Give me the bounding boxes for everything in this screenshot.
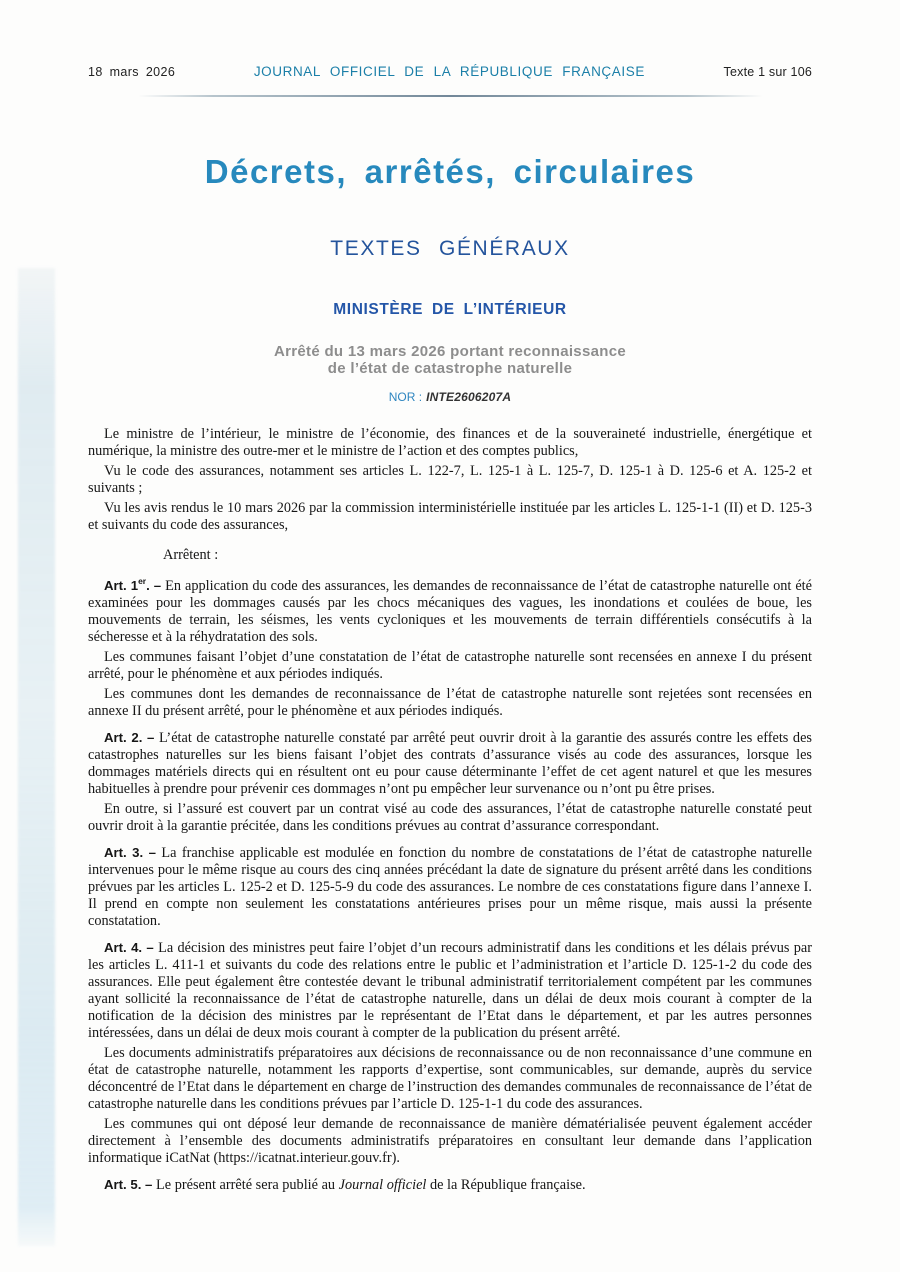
- article-2-text: L’état de catastrophe naturelle constaté…: [88, 730, 812, 797]
- arrete-title-line1: Arrêté du 13 mars 2026 portant reconnais…: [88, 343, 812, 360]
- arretent-line: Arrêtent :: [163, 547, 812, 564]
- article-1-paragraph-2: Les communes faisant l’objet d’une const…: [88, 649, 812, 683]
- section-title: TEXTES GÉNÉRAUX: [88, 237, 812, 261]
- article-3-paragraph-1: Art. 3. – La franchise applicable est mo…: [88, 844, 812, 930]
- nor-value: INTE2606207A: [426, 390, 511, 404]
- page-content: 18 mars 2026 JOURNAL OFFICIEL DE LA RÉPU…: [0, 0, 900, 1194]
- header-journal-title: JOURNAL OFFICIEL DE LA RÉPUBLIQUE FRANÇA…: [254, 64, 645, 79]
- article-1-label-superscript: er: [138, 576, 146, 586]
- document-body: Le ministre de l’intérieur, le ministre …: [88, 426, 812, 1194]
- article-4-paragraph-3: Les communes qui ont déposé leur demande…: [88, 1116, 812, 1167]
- article-2-paragraph-2: En outre, si l’assuré est couvert par un…: [88, 801, 812, 835]
- document-title: Décrets, arrêtés, circulaires: [88, 153, 812, 191]
- header-page-ref: Texte 1 sur 106: [724, 65, 812, 79]
- preamble-paragraph-2: Vu le code des assurances, notamment ses…: [88, 463, 812, 497]
- article-4-text: La décision des ministres peut faire l’o…: [88, 940, 812, 1041]
- header-date: 18 mars 2026: [88, 65, 175, 79]
- article-4-label: Art. 4. –: [104, 940, 158, 955]
- nor-label: NOR :: [389, 390, 422, 404]
- article-2-label: Art. 2. –: [104, 730, 159, 745]
- header-divider: [138, 95, 763, 97]
- article-3-text: La franchise applicable est modulée en f…: [88, 845, 812, 929]
- article-1-paragraph-1: Art. 1er. – En application du code des a…: [88, 573, 812, 646]
- article-1-label-dash: . –: [146, 578, 165, 593]
- page-header: 18 mars 2026 JOURNAL OFFICIEL DE LA RÉPU…: [88, 0, 812, 79]
- preamble-paragraph-3: Vu les avis rendus le 10 mars 2026 par l…: [88, 500, 812, 534]
- arrete-title: Arrêté du 13 mars 2026 portant reconnais…: [88, 343, 812, 377]
- article-5-text-after: de la République française.: [426, 1177, 585, 1193]
- article-5-journal-officiel-italic: Journal officiel: [339, 1177, 427, 1193]
- article-3-label: Art. 3. –: [104, 845, 161, 860]
- nor-line: NOR :INTE2606207A: [88, 390, 812, 404]
- article-1-text: En application du code des assurances, l…: [88, 578, 812, 645]
- article-5-label: Art. 5. –: [104, 1177, 156, 1192]
- article-4-paragraph-1: Art. 4. – La décision des ministres peut…: [88, 939, 812, 1042]
- preamble-paragraph-1: Le ministre de l’intérieur, le ministre …: [88, 426, 812, 460]
- article-1-label: Art. 1: [104, 578, 138, 593]
- journal-officiel-page: 18 mars 2026 JOURNAL OFFICIEL DE LA RÉPU…: [0, 0, 900, 1272]
- article-5-paragraph-1: Art. 5. – Le présent arrêté sera publié …: [88, 1176, 812, 1194]
- article-5-text-before: Le présent arrêté sera publié au: [156, 1177, 339, 1193]
- article-4-paragraph-2: Les documents administratifs préparatoir…: [88, 1045, 812, 1113]
- arrete-title-line2: de l’état de catastrophe naturelle: [88, 360, 812, 377]
- article-2-paragraph-1: Art. 2. – L’état de catastrophe naturell…: [88, 729, 812, 798]
- ministry-title: MINISTÈRE DE L’INTÉRIEUR: [88, 301, 812, 319]
- article-1-paragraph-3: Les communes dont les demandes de reconn…: [88, 686, 812, 720]
